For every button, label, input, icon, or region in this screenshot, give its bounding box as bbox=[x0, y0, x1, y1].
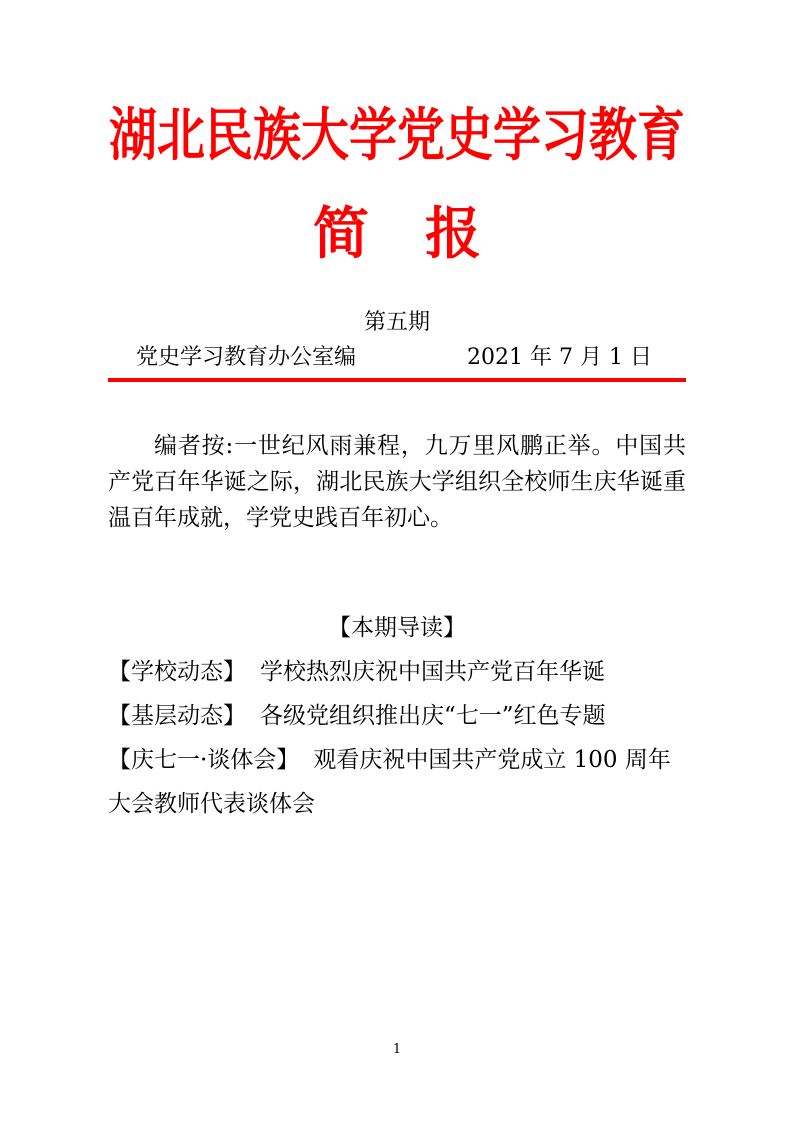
digest-item-text: 学校热烈庆祝中国共产党百年华诞 bbox=[260, 659, 605, 685]
masthead-title-line1: 湖北民族大学党史学习教育 bbox=[108, 100, 686, 171]
document-page: 湖北民族大学党史学习教育 简 报 第五期 党史学习教育办公室编 2021 年 7… bbox=[0, 0, 794, 1123]
digest-list: 【学校动态】学校热烈庆祝中国共产党百年华诞 【基层动态】各级党组织推出庆“七一”… bbox=[108, 650, 686, 826]
digest-item: 【学校动态】学校热烈庆祝中国共产党百年华诞 bbox=[108, 650, 686, 694]
issue-date: 2021 年 7 月 1 日 bbox=[467, 344, 652, 371]
masthead: 湖北民族大学党史学习教育 简 报 bbox=[108, 0, 686, 266]
digest-item-text: 各级党组织推出庆“七一”红色专题 bbox=[260, 703, 606, 729]
masthead-info-row: 党史学习教育办公室编 2021 年 7 月 1 日 bbox=[108, 344, 686, 382]
editor-credit: 党史学习教育办公室编 bbox=[136, 344, 356, 371]
masthead-title-line2: 简 报 bbox=[108, 202, 686, 266]
editor-note-paragraph: 编者按:一世纪风雨兼程，九万里风鹏正举。中国共产党百年华诞之际，湖北民族大学组织… bbox=[108, 428, 686, 536]
page-number: 1 bbox=[0, 1042, 794, 1057]
digest-item-label: 【基层动态】 bbox=[108, 703, 246, 729]
issue-number: 第五期 bbox=[108, 310, 686, 336]
digest-item: 【基层动态】各级党组织推出庆“七一”红色专题 bbox=[108, 694, 686, 738]
digest-heading: 【本期导读】 bbox=[108, 614, 686, 642]
digest-item: 【庆七一·谈体会】观看庆祝中国共产党成立 100 周年大会教师代表谈体会 bbox=[108, 738, 686, 826]
digest-item-label: 【庆七一·谈体会】 bbox=[108, 747, 299, 773]
digest-item-label: 【学校动态】 bbox=[108, 659, 246, 685]
